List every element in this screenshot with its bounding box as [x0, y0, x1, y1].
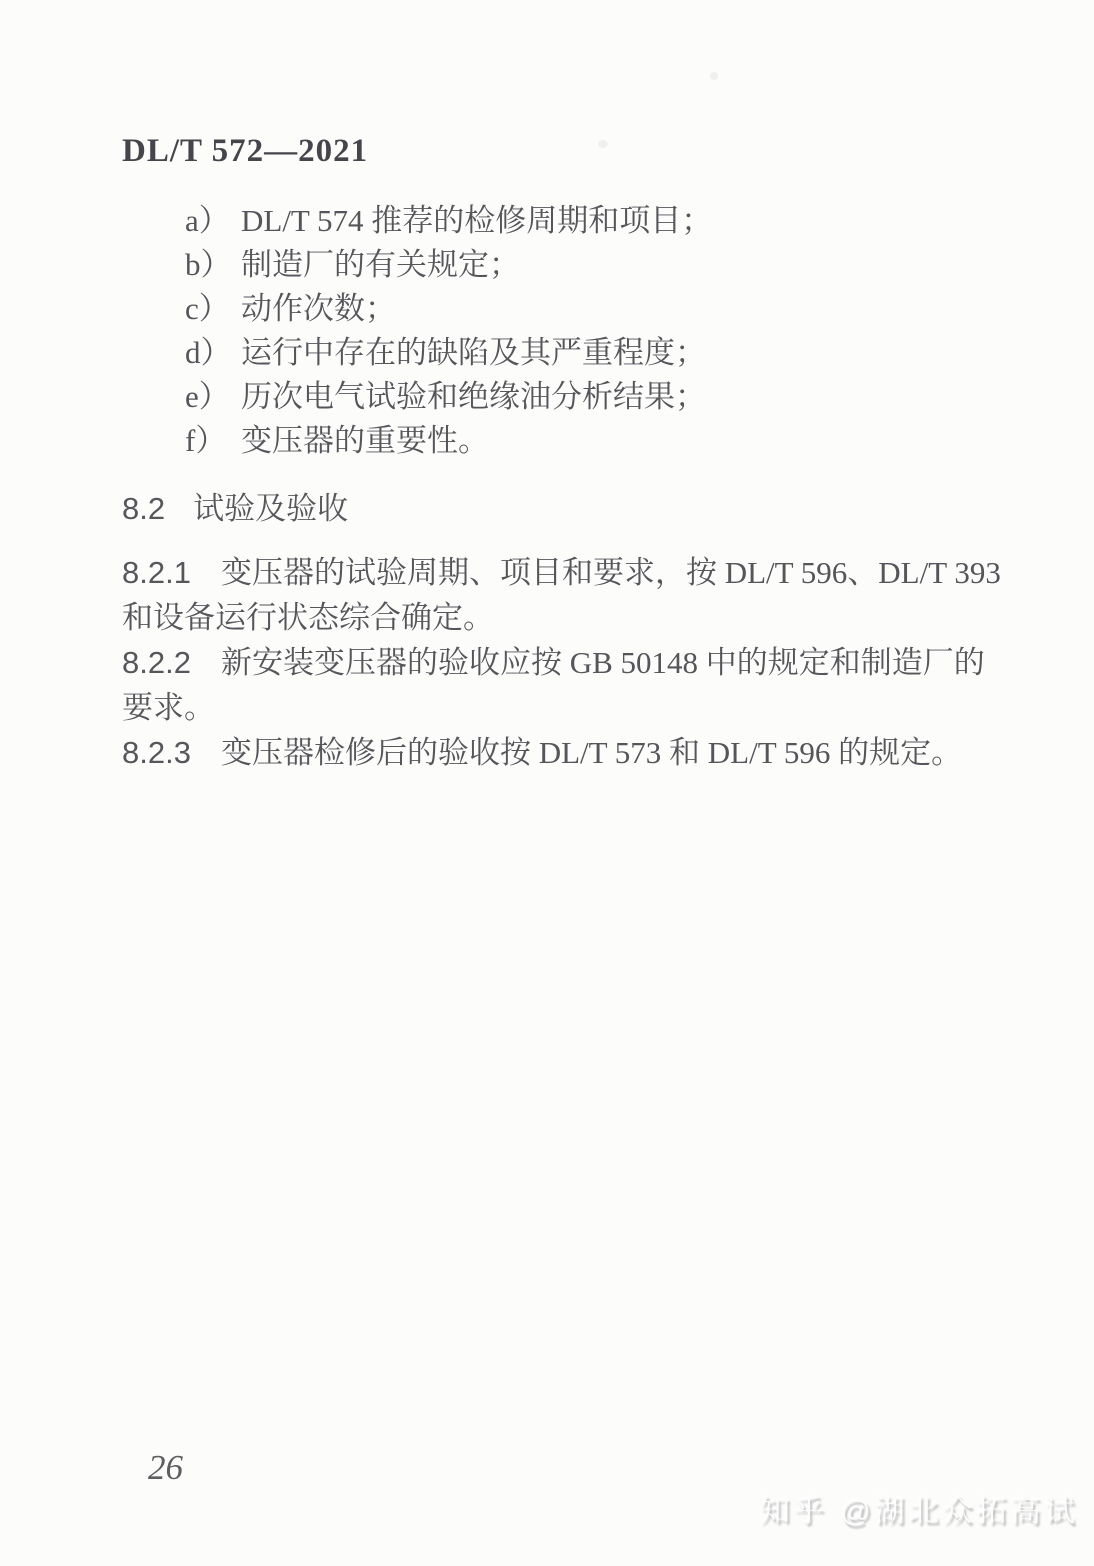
paragraph-line: 8.2.3变压器检修后的验收按 DL/T 573 和 DL/T 596 的规定。	[122, 730, 962, 775]
list-item-e: e） 历次电气试验和绝缘油分析结果；	[185, 375, 712, 419]
standard-number-header: DL/T 572—2021	[122, 133, 368, 170]
paragraph-text: 要求。	[122, 690, 215, 725]
paragraph-line: 8.2.2新安装变压器的验收应按 GB 50148 中的规定和制造厂的	[122, 640, 962, 685]
paragraph-number: 8.2.1	[122, 555, 191, 590]
document-page: DL/T 572—2021 a） DL/T 574 推荐的检修周期和项目； b）…	[0, 0, 1094, 1566]
list-item-text: 运行中存在的缺陷及其严重程度；	[241, 331, 706, 375]
section-body: 8.2.1变压器的试验周期、项目和要求，按 DL/T 596、DL/T 393 …	[122, 550, 962, 775]
paragraph-text: 新安装变压器的验收应按 GB 50148 中的规定和制造厂的	[221, 645, 985, 680]
zhihu-watermark: 知乎 @湖北众拓高试	[760, 1486, 1079, 1530]
list-item-text: 动作次数；	[241, 287, 396, 331]
paragraph-text: 变压器的试验周期、项目和要求，按 DL/T 596、DL/T 393	[221, 555, 1001, 590]
paragraph-line: 要求。	[122, 685, 962, 730]
paragraph-line: 8.2.1变压器的试验周期、项目和要求，按 DL/T 596、DL/T 393	[122, 550, 962, 595]
section-number: 8.2	[122, 491, 165, 526]
scan-artifact	[710, 72, 718, 80]
paragraph-text: 和设备运行状态综合确定。	[122, 600, 494, 635]
paragraph-line: 和设备运行状态综合确定。	[122, 595, 962, 640]
list-marker: e）	[185, 375, 241, 419]
list-item-text: 制造厂的有关规定；	[241, 243, 520, 287]
scan-artifact	[598, 140, 608, 148]
list-item-text: DL/T 574 推荐的检修周期和项目；	[241, 199, 712, 243]
list-item-text: 变压器的重要性。	[241, 419, 489, 463]
list-marker: a）	[185, 199, 241, 243]
list-item-text: 历次电气试验和绝缘油分析结果；	[241, 375, 706, 419]
list-marker: b）	[185, 243, 241, 287]
list-item-f: f） 变压器的重要性。	[185, 419, 712, 463]
section-title: 试验及验收	[193, 491, 348, 526]
paragraph-number: 8.2.2	[122, 645, 191, 680]
list-item-d: d） 运行中存在的缺陷及其严重程度；	[185, 331, 712, 375]
list-item-b: b） 制造厂的有关规定；	[185, 243, 712, 287]
page-number: 26	[148, 1448, 183, 1488]
list-item-a: a） DL/T 574 推荐的检修周期和项目；	[185, 199, 712, 243]
list-item-c: c） 动作次数；	[185, 287, 712, 331]
list-marker: f）	[185, 419, 241, 463]
lettered-list: a） DL/T 574 推荐的检修周期和项目； b） 制造厂的有关规定； c） …	[185, 199, 712, 463]
paragraph-text: 变压器检修后的验收按 DL/T 573 和 DL/T 596 的规定。	[221, 735, 962, 770]
section-heading-8-2: 8.2试验及验收	[122, 483, 348, 528]
paragraph-number: 8.2.3	[122, 735, 191, 770]
list-marker: c）	[185, 287, 241, 331]
list-marker: d）	[185, 331, 241, 375]
